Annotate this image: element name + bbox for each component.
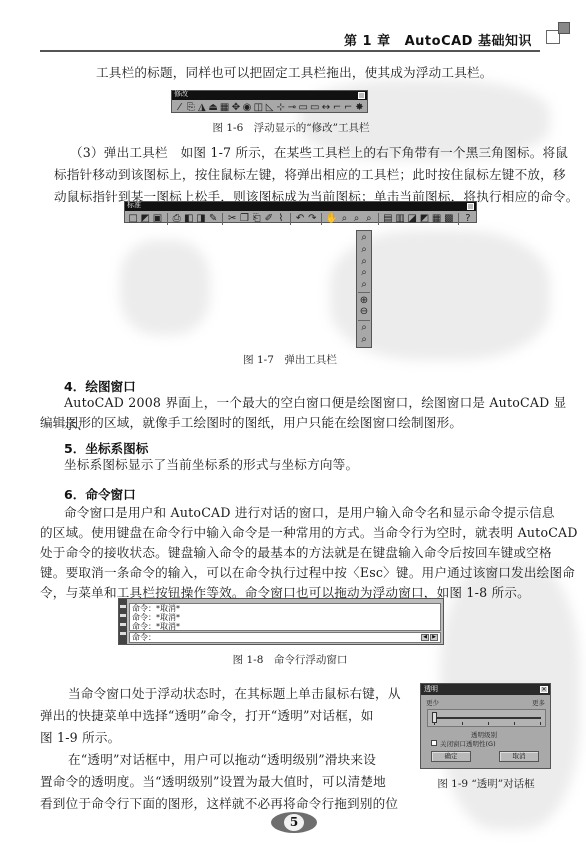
page-number: 5 bbox=[284, 814, 304, 831]
standard-toolbar-icon[interactable]: □ bbox=[128, 214, 138, 225]
standard-toolbar-icon[interactable]: ✋ bbox=[326, 214, 337, 225]
standard-toolbar-icon[interactable]: ◩ bbox=[140, 214, 150, 225]
zoom-icon[interactable]: ⌕ bbox=[359, 256, 370, 267]
zoom-icon[interactable]: ⌕ bbox=[359, 280, 370, 291]
paragraph-line: 图 1-9 所示。 bbox=[40, 727, 120, 749]
slider-tick bbox=[488, 722, 489, 725]
command-history: 命令：*取消* 命令：*取消* 命令：*取消* bbox=[129, 603, 441, 631]
standard-toolbar-icon[interactable]: ✐ bbox=[264, 214, 274, 225]
paragraph-line: 标指针移动到该图标上，按住鼠标左键，将弹出相应的工具栏；此时按住鼠标左键不放，移 bbox=[54, 164, 566, 186]
section-heading: 6．命令窗口 bbox=[64, 484, 136, 503]
join-icon[interactable]: ↔ bbox=[321, 102, 330, 113]
zoom-icon[interactable]: ⌕ bbox=[359, 268, 370, 279]
paragraph-line: （3）弹出工具栏 如图 1-7 所示，在某些工具栏上的右下角带有一个黑三角图标。… bbox=[70, 142, 568, 164]
transparency-slider[interactable] bbox=[427, 709, 546, 727]
intro-line: 工具栏的标题，同样也可以把固定工具栏拖出，使其成为浮动工具栏。 bbox=[96, 62, 493, 84]
close-icon[interactable] bbox=[358, 92, 365, 99]
zoom-flyout-toolbar[interactable]: ⌕⌕⌕⌕⌕⊕⊖⌕⌕ bbox=[356, 230, 372, 348]
array-icon[interactable]: ▦ bbox=[220, 102, 229, 113]
standard-toolbar-icon[interactable]: ▤ bbox=[383, 214, 393, 225]
cancel-button[interactable]: 取消 bbox=[499, 751, 539, 762]
paragraph-line: 的区域。使用键盘在命令行中输入命令是一种常用的方式。当命令行为空时，就表明 Au… bbox=[40, 522, 578, 544]
toolbar-separator bbox=[290, 213, 291, 225]
slider-label: 透明级别 bbox=[471, 730, 497, 739]
toolbar-separator bbox=[222, 213, 223, 225]
slider-tick bbox=[462, 722, 463, 725]
zoom-icon[interactable]: ⌕ bbox=[359, 323, 370, 334]
rotate-icon[interactable]: ◉ bbox=[242, 102, 251, 113]
paragraph-line: 键。要取消一条命令的输入，可以在命令执行过程中按〈Esc〉键。用户通过该窗口发出… bbox=[40, 562, 575, 584]
header-corner-decoration bbox=[558, 22, 570, 34]
zoom-icon[interactable]: ⌕ bbox=[359, 233, 370, 244]
history-line: 命令：*取消* bbox=[132, 622, 440, 631]
slider-tick bbox=[540, 722, 541, 725]
zoom-icon[interactable]: ⊖ bbox=[359, 307, 370, 318]
scroll-buttons: ◀▶ bbox=[421, 634, 438, 641]
transparency-dialog[interactable]: 透明 ✕ 更少 更多 透明级别 关闭窗口透明性(G) 确定 取消 bbox=[420, 683, 551, 769]
standard-toolbar-icon[interactable]: ▥ bbox=[395, 214, 405, 225]
paragraph-line: 当命令窗口处于浮动状态时，在其标题上单击鼠标右键，从 bbox=[68, 683, 401, 705]
chapter-number: 第 1 章 bbox=[344, 34, 391, 49]
toolbar-title: 标准 bbox=[127, 200, 141, 210]
zoom-icon[interactable]: ⌕ bbox=[359, 334, 370, 345]
standard-toolbar-icon[interactable]: ✂ bbox=[227, 214, 237, 225]
figure-caption: 图 1-9 “透明”对话框 bbox=[420, 776, 552, 791]
window-grip-handle[interactable] bbox=[119, 599, 127, 644]
scale-icon[interactable]: ◫ bbox=[254, 102, 263, 113]
toolbar-buttons: □◩▣⎙◧◨✎✂❐⎗✐⌇↶↷✋⌕⌕⌕▤▥◪◩▦▩? bbox=[125, 211, 476, 227]
toolbar-separator bbox=[321, 213, 322, 225]
figure-caption: 图 1-7 弹出工具栏 bbox=[200, 352, 380, 367]
standard-toolbar-icon[interactable]: ❐ bbox=[239, 214, 249, 225]
bleed-through-shade bbox=[120, 240, 210, 335]
slider-tick bbox=[514, 722, 515, 725]
standard-toolbar-icon[interactable]: ▩ bbox=[444, 214, 454, 225]
extend-icon[interactable]: ⊸ bbox=[287, 102, 296, 113]
dialog-title: 透明 bbox=[424, 684, 438, 695]
stretch-icon[interactable]: ◺ bbox=[265, 102, 274, 113]
standard-toolbar-icon[interactable]: ↶ bbox=[295, 214, 305, 225]
chapter-title: AutoCAD 基础知识 bbox=[405, 34, 532, 49]
paragraph-line: 处于命令的接收状态。键盘输入命令的最基本的方法就是在键盘输入命令后按回车键或空格 bbox=[40, 542, 552, 564]
header-text: 第 1 章AutoCAD 基础知识 bbox=[344, 30, 532, 49]
fillet-icon[interactable]: ⌐ bbox=[344, 102, 353, 113]
history-line: 命令：*取消* bbox=[132, 604, 440, 613]
paragraph-line: 置命令的透明度。当“透明级别”设置为最大值时，可以清楚地 bbox=[40, 771, 386, 793]
standard-toolbar-icon[interactable]: ⌕ bbox=[364, 214, 374, 225]
command-input[interactable]: 命令： ◀▶ bbox=[129, 632, 441, 643]
toolbar-title-bar[interactable]: 修改 bbox=[172, 91, 367, 100]
standard-toolbar-icon[interactable]: ↷ bbox=[307, 214, 317, 225]
toolbar-separator bbox=[358, 292, 370, 293]
standard-toolbar-icon[interactable]: ◩ bbox=[419, 214, 429, 225]
more-label: 更多 bbox=[532, 698, 545, 707]
standard-toolbar-icon[interactable]: ▣ bbox=[152, 214, 162, 225]
standard-toolbar-icon[interactable]: ? bbox=[463, 214, 473, 225]
mirror-icon[interactable]: ◮ bbox=[197, 102, 206, 113]
standard-toolbar-icon[interactable]: ⎙ bbox=[171, 214, 181, 225]
modify-toolbar[interactable]: 修改 ⁄⎘◮⏏▦✥◉◫◺⊹⊸▭▭↔⌐⌐✸ bbox=[171, 90, 368, 113]
paragraph-line: 编辑图形的区域，就像手工绘图时的图纸，用户只能在绘图窗口绘制图形。 bbox=[40, 412, 462, 434]
standard-toolbar-icon[interactable]: ⌕ bbox=[339, 214, 349, 225]
chamfer-icon[interactable]: ⌐ bbox=[333, 102, 342, 113]
ok-button[interactable]: 确定 bbox=[431, 751, 471, 762]
paragraph-line: 命令窗口是用户和 AutoCAD 进行对话的窗口，是用户输入命令名和显示命令提示… bbox=[64, 502, 555, 524]
paragraph-line: 坐标系图标显示了当前坐标系的形式与坐标方向等。 bbox=[64, 454, 358, 476]
break-at-point-icon[interactable]: ▭ bbox=[298, 102, 307, 113]
toolbar-separator bbox=[378, 213, 379, 225]
scroll-left-icon[interactable]: ◀ bbox=[421, 634, 429, 641]
toolbar-separator bbox=[458, 213, 459, 225]
explode-icon[interactable]: ✸ bbox=[355, 102, 364, 113]
slider-tick bbox=[434, 722, 435, 725]
move-icon[interactable]: ✥ bbox=[231, 102, 240, 113]
standard-toolbar-icon[interactable]: ⌕ bbox=[352, 214, 362, 225]
trim-icon[interactable]: ⊹ bbox=[276, 102, 285, 113]
toolbar-buttons: ⁄⎘◮⏏▦✥◉◫◺⊹⊸▭▭↔⌐⌐✸ bbox=[172, 100, 367, 115]
dialog-title-bar[interactable]: 透明 ✕ bbox=[421, 684, 550, 695]
less-label: 更少 bbox=[426, 698, 439, 707]
standard-toolbar-icon[interactable]: ◨ bbox=[196, 214, 206, 225]
paragraph-line: 看到位于命令行下面的图形，这样就不必再将命令行拖到别的位 bbox=[40, 793, 398, 815]
standard-toolbar-icon[interactable]: ⌇ bbox=[276, 214, 286, 225]
close-icon[interactable] bbox=[467, 203, 474, 210]
figure-caption: 图 1-8 命令行浮动窗口 bbox=[200, 652, 380, 667]
command-prompt: 命令： bbox=[132, 633, 156, 642]
offset-icon[interactable]: ⏏ bbox=[208, 102, 217, 113]
scroll-right-icon[interactable]: ▶ bbox=[430, 634, 438, 641]
standard-toolbar-icon[interactable]: ◪ bbox=[407, 214, 417, 225]
close-icon[interactable]: ✕ bbox=[540, 686, 548, 693]
toolbar-title-bar[interactable]: 标准 bbox=[125, 202, 476, 211]
page-number-badge: 5 bbox=[271, 812, 317, 833]
break-icon[interactable]: ▭ bbox=[310, 102, 319, 113]
toolbar-separator bbox=[167, 213, 168, 225]
standard-toolbar[interactable]: 标准 □◩▣⎙◧◨✎✂❐⎗✐⌇↶↷✋⌕⌕⌕▤▥◪◩▦▩? bbox=[124, 201, 477, 223]
checkbox-label: 关闭窗口透明性(G) bbox=[440, 739, 496, 748]
standard-toolbar-icon[interactable]: ▦ bbox=[432, 214, 442, 225]
paragraph-line: 在“透明”对话框中，用户可以拖动“透明级别”滑块来设 bbox=[68, 749, 376, 771]
toolbar-title: 修改 bbox=[174, 89, 188, 99]
disable-transparency-checkbox[interactable] bbox=[431, 740, 437, 746]
figure-caption: 图 1-6 浮动显示的“修改”工具栏 bbox=[171, 120, 411, 135]
running-header: 第 1 章AutoCAD 基础知识 bbox=[40, 24, 540, 52]
standard-toolbar-icon[interactable]: ✎ bbox=[208, 214, 218, 225]
toolbar-separator bbox=[358, 320, 370, 321]
erase-icon[interactable]: ⁄ bbox=[175, 102, 184, 113]
standard-toolbar-icon[interactable]: ◧ bbox=[184, 214, 194, 225]
standard-toolbar-icon[interactable]: ⎗ bbox=[252, 214, 262, 225]
slider-track bbox=[434, 717, 541, 719]
paragraph-line: 弹出的快捷菜单中选择“透明”命令，打开“透明”对话框，如 bbox=[40, 705, 374, 727]
history-line: 命令：*取消* bbox=[132, 613, 440, 622]
zoom-icon[interactable]: ⌕ bbox=[359, 245, 370, 256]
copy-icon[interactable]: ⎘ bbox=[186, 102, 195, 113]
zoom-icon[interactable]: ⊕ bbox=[359, 295, 370, 306]
floating-command-window[interactable]: 命令：*取消* 命令：*取消* 命令：*取消* 命令： ◀▶ bbox=[118, 598, 444, 645]
